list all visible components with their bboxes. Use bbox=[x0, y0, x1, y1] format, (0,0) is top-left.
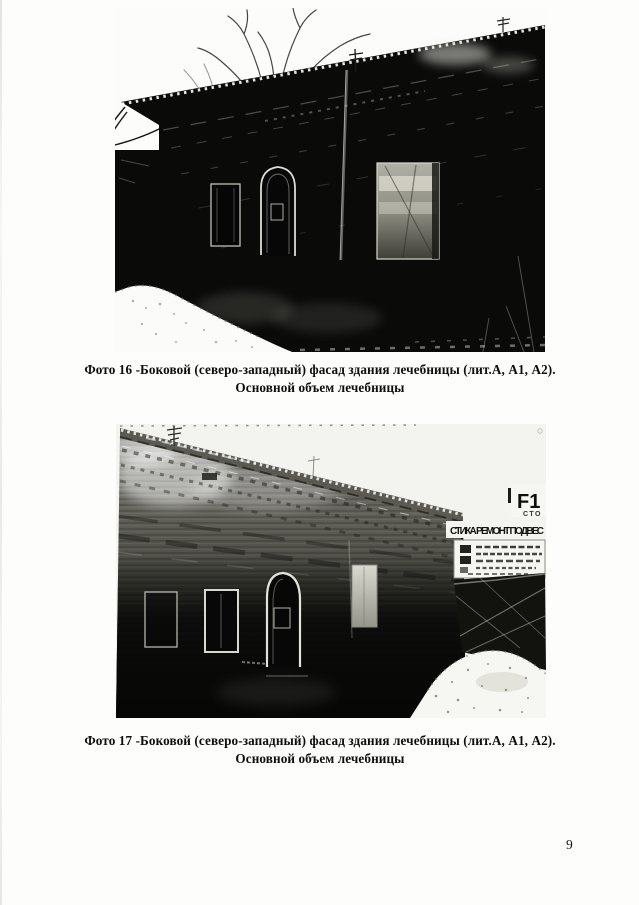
document-page: Фото 16 -Боковой (северо-западный) фасад… bbox=[0, 0, 639, 905]
figure-caption-16: Фото 16 -Боковой (северо-западный) фасад… bbox=[20, 361, 620, 396]
scan-artifact-left-edge bbox=[0, 0, 2, 905]
caption-line-1: Фото 17 -Боковой (северо-западный) фасад… bbox=[20, 732, 620, 750]
sign-logo-sub-text: СТО bbox=[523, 511, 542, 518]
sign-logo-text: F1 bbox=[517, 491, 540, 513]
haze-spot bbox=[419, 43, 491, 65]
photo-17-image: СТИКА РЕМОНТ ПОДВЕС F1 СТО bbox=[116, 424, 546, 718]
figure-caption-17: Фото 17 -Боковой (северо-западный) фасад… bbox=[20, 732, 620, 767]
caption-line-2: Основной объем лечебницы bbox=[20, 379, 620, 397]
photo-16-image bbox=[115, 8, 545, 352]
figure-photo-16 bbox=[115, 8, 545, 352]
caption-line-2: Основной объем лечебницы bbox=[20, 750, 620, 768]
figure-photo-17: СТИКА РЕМОНТ ПОДВЕС F1 СТО bbox=[116, 424, 546, 718]
page-number: 9 bbox=[566, 837, 573, 853]
ground-reflection bbox=[272, 303, 382, 333]
window-opening bbox=[377, 163, 439, 259]
door-left bbox=[211, 184, 240, 246]
ground-glow bbox=[216, 678, 336, 706]
caption-line-1: Фото 16 -Боковой (северо-западный) фасад… bbox=[20, 361, 620, 379]
door-arched bbox=[261, 167, 295, 256]
sign-banner-text: СТИКА РЕМОНТ ПОДВЕС bbox=[450, 526, 544, 537]
